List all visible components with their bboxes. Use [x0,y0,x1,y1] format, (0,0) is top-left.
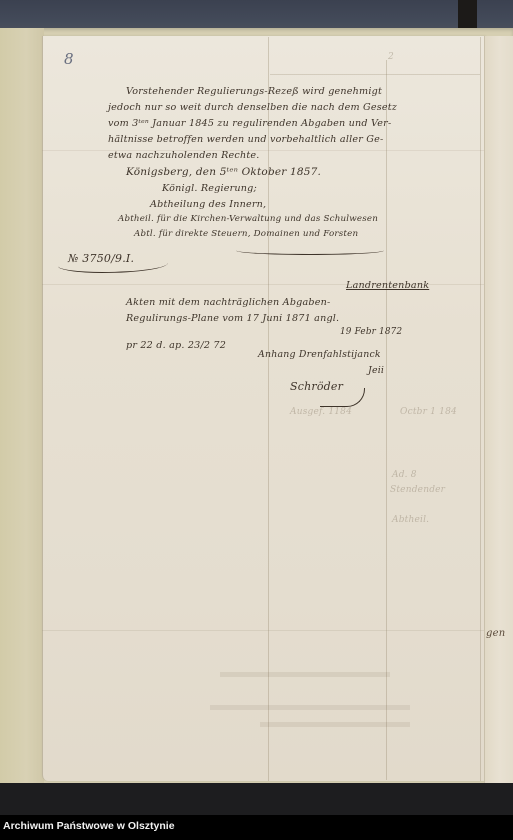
annotation-heading: Landrentenbank [346,280,429,291]
faint-writing [220,672,390,677]
archive-name: Archiwum Państwowe w Olsztynie [3,820,175,832]
bleed-through-text: Stendender [390,485,445,495]
annotation-line: Regulirungs-Plane vom 17 Juni 1871 angl. [126,313,339,324]
place-date: Königsberg, den 5ᵗᵉⁿ Oktober 1857. [126,166,321,178]
column-rule [268,37,269,781]
body-line: Vorstehender Regulierungs-Rezeß wird gen… [126,86,382,97]
authority-line: Königl. Regierung; [162,183,257,194]
brace-flourish [236,246,384,255]
page-number: 8 [64,50,74,68]
scanner-backdrop-top [0,0,513,30]
adjacent-page-text: gen [486,628,505,639]
scanner-backdrop-bottom [0,783,513,815]
authority-line: Abtheilung des Innern, [150,199,266,210]
archive-footer: Archiwum Państwowe w Olsztynie [0,815,513,840]
body-line: hältnisse betroffen werden und vorbehalt… [108,134,383,145]
annotation-line: Anhang Drenfahlstijanck [258,349,381,360]
body-line: jedoch nur so weit durch denselben die n… [108,102,397,113]
header-rule [270,74,480,75]
adjacent-page-strip [484,36,513,783]
bleed-through-text: Ad. 8 [392,470,417,480]
bleed-through-text: Ausgef. 1184 [290,407,352,417]
folder-left-margin [0,28,44,783]
annotation-line: Jeii [368,365,384,376]
authority-line: Abtl. für direkte Steuern, Domainen und … [134,229,358,239]
faint-writing [260,722,410,727]
body-line: vom 3ᵗᵉⁿ Januar 1845 zu regulirenden Abg… [108,118,391,129]
column-rule [480,37,481,781]
header-stamp: 2 [388,52,394,62]
annotation-line: pr 22 d. ap. 23/2 72 [126,340,226,351]
body-line: etwa nachzuholenden Rechte. [108,150,260,161]
bleed-through-text: Octbr 1 184 [400,407,457,417]
authority-line: Abtheil. für die Kirchen-Verwaltung und … [118,214,378,224]
faint-writing [210,705,410,710]
bleed-through-text: Abtheil. [392,515,429,525]
annotation-line: Akten mit dem nachträglichen Abgaben- [126,297,330,308]
fold-line [42,630,484,631]
binder-clip [458,0,477,28]
annotation-line: 19 Febr 1872 [340,327,402,337]
